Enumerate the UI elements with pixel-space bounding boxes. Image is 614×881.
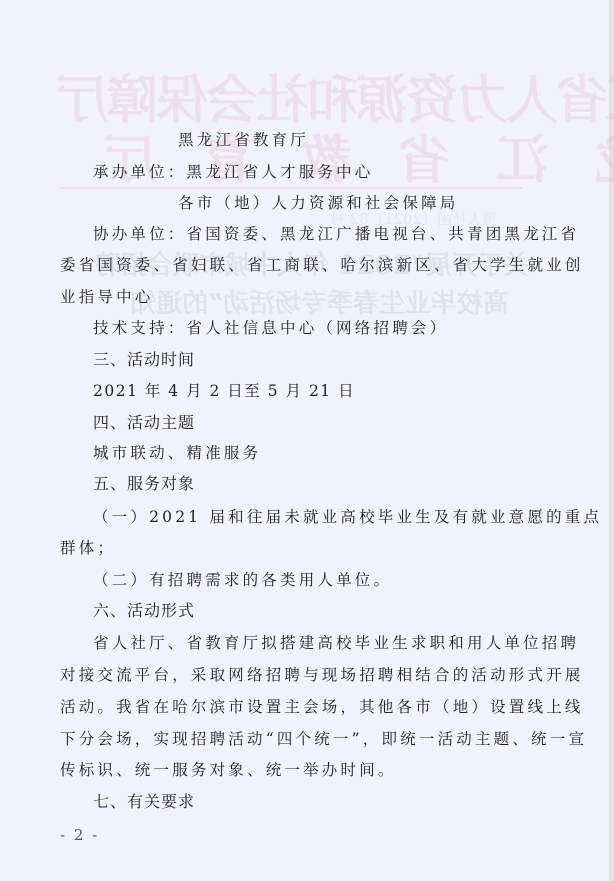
text-line-tech-support: 技术支持：省人社信息中心（网络招聘会） xyxy=(93,318,448,338)
text-line-co-organizer-3: 业指导中心 xyxy=(60,287,154,307)
text-line-format-1: 省人社厅、省教育厅拟搭建高校毕业生求职和用人单位招聘 xyxy=(93,633,542,653)
text-line-target-1: （一）2021 届和往届未就业高校毕业生及有就业意愿的重点 xyxy=(93,507,542,527)
section-heading-activity-time: 三、活动时间 xyxy=(93,350,195,370)
text-line-co-organizer-2: 委省国资委、省妇联、省工商联、哈尔滨新区、省大学生就业创 xyxy=(60,255,542,275)
page-number: - 2 - xyxy=(60,826,99,844)
text-line-date-range: 2021 年 4 月 2 日至 5 月 21 日 xyxy=(93,381,355,401)
text-line-format-4: 下分会场，实现招聘活动“四个统一”，即统一活动主题、统一宣 xyxy=(60,729,542,749)
document-page: 黑龙江省教育厅 承办单位：黑龙江省人才服务中心 各市（地）人力资源和社会保障局 … xyxy=(0,0,614,881)
text-line-target-1-cont: 群体； xyxy=(60,538,116,558)
text-line-format-5: 传标识、统一服务对象、统一举办时间。 xyxy=(60,760,397,780)
text-line-format-2: 对接交流平台，采取网络招聘与现场招聘相结合的活动形式开展 xyxy=(60,665,542,685)
text-line-format-3: 活动。我省在哈尔滨市设置主会场，其他各市（地）设置线上线 xyxy=(60,697,542,717)
text-line-target-2: （二）有招聘需求的各类用人单位。 xyxy=(93,570,392,590)
section-heading-service-targets: 五、服务对象 xyxy=(93,474,195,494)
section-heading-requirements: 七、有关要求 xyxy=(93,792,195,812)
text-line-host-org: 黑龙江省教育厅 xyxy=(178,130,309,150)
section-heading-activity-theme: 四、活动主题 xyxy=(93,413,195,433)
text-line-theme: 城市联动、精准服务 xyxy=(93,443,261,463)
text-line-co-organizer: 协办单位：省国资委、黑龙江广播电视台、共青团黑龙江省 xyxy=(93,224,542,244)
text-line-organizer: 承办单位：黑龙江省人才服务中心 xyxy=(93,162,374,182)
section-heading-activity-format: 六、活动形式 xyxy=(93,601,195,621)
text-line-organizer-2: 各市（地）人力资源和社会保障局 xyxy=(178,193,459,213)
